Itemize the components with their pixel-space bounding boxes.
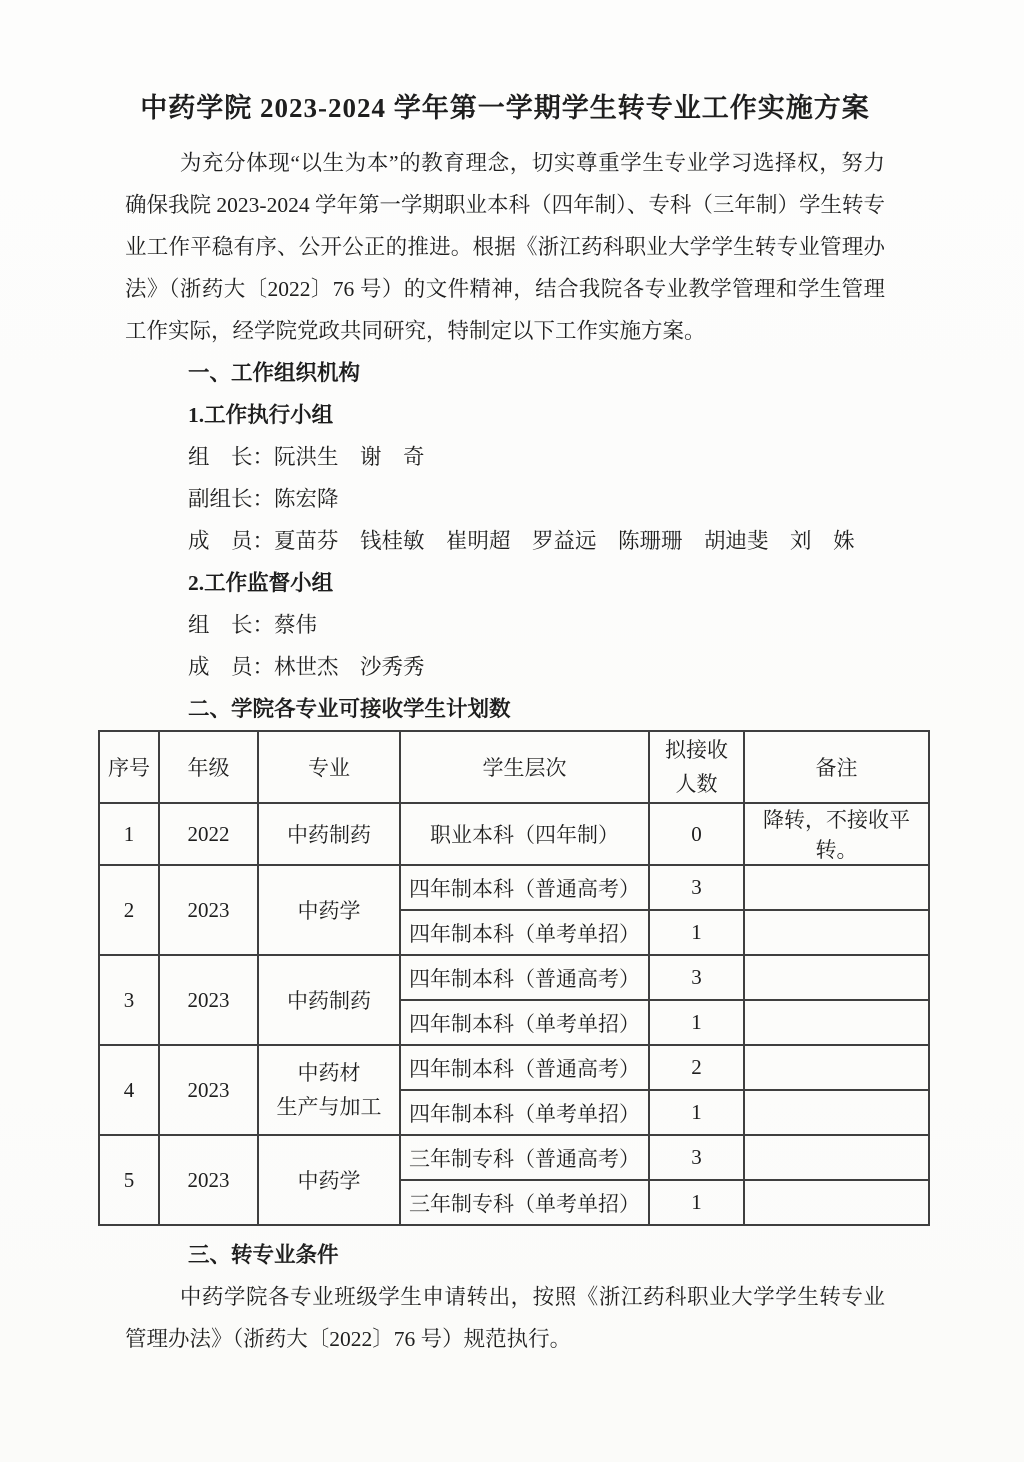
cell-level: 四年制本科（普通高考）: [400, 865, 649, 910]
cell-remark: [744, 1045, 929, 1090]
cell-count: 3: [649, 865, 744, 910]
cell-grade: 2023: [159, 1045, 258, 1135]
cell-remark: 降转，不接收平转。: [744, 803, 929, 865]
intro-paragraph: 为充分体现“以生为本”的教育理念，切实尊重学生专业学习选择权，努力确保我院 20…: [125, 142, 885, 352]
cell-count: 2: [649, 1045, 744, 1090]
cell-remark: [744, 865, 929, 910]
cell-count: 1: [649, 1000, 744, 1045]
supervision-group-members: 成 员：林世杰 沙秀秀: [125, 646, 885, 688]
header-count: 拟接收 人数: [649, 731, 744, 803]
cell-remark: [744, 955, 929, 1000]
cell-remark: [744, 1135, 929, 1180]
header-no: 序号: [99, 731, 159, 803]
cell-level: 四年制本科（普通高考）: [400, 955, 649, 1000]
cell-major: 中药学: [258, 865, 400, 955]
cell-grade: 2022: [159, 803, 258, 865]
header-remark: 备注: [744, 731, 929, 803]
table-row: 1 2022 中药制药 职业本科（四年制） 0 降转，不接收平转。: [99, 803, 929, 865]
table-header-row: 序号 年级 专业 学生层次 拟接收 人数 备注: [99, 731, 929, 803]
cell-no: 4: [99, 1045, 159, 1135]
cell-grade: 2023: [159, 865, 258, 955]
cell-remark: [744, 1180, 929, 1225]
cell-count: 3: [649, 1135, 744, 1180]
cell-no: 5: [99, 1135, 159, 1225]
table-row: 2 2023 中药学 四年制本科（普通高考） 3: [99, 865, 929, 910]
exec-group-members: 成 员：夏苗芬 钱桂敏 崔明超 罗益远 陈珊珊 胡迪斐 刘 姝: [125, 520, 885, 562]
document-title: 中药学院 2023-2024 学年第一学期学生转专业工作实施方案: [125, 88, 885, 128]
cell-major: 中药制药: [258, 955, 400, 1045]
cell-count: 1: [649, 1090, 744, 1135]
table-row: 4 2023 中药材 生产与加工 四年制本科（普通高考） 2: [99, 1045, 929, 1090]
cell-count: 3: [649, 955, 744, 1000]
cell-grade: 2023: [159, 1135, 258, 1225]
cell-count: 1: [649, 910, 744, 955]
exec-group-heading: 1.工作执行小组: [125, 394, 885, 436]
section3-heading: 三、转专业条件: [125, 1234, 885, 1276]
document-page: 中药学院 2023-2024 学年第一学期学生转专业工作实施方案 为充分体现“以…: [0, 0, 1024, 1462]
cell-no: 1: [99, 803, 159, 865]
cell-remark: [744, 1000, 929, 1045]
supervision-group-leader: 组 长：蔡伟: [125, 604, 885, 646]
supervision-group-heading: 2.工作监督小组: [125, 562, 885, 604]
header-grade: 年级: [159, 731, 258, 803]
cell-major: 中药制药: [258, 803, 400, 865]
cell-count: 0: [649, 803, 744, 865]
section1-heading: 一、工作组织机构: [125, 352, 885, 394]
table-row: 5 2023 中药学 三年制专科（普通高考） 3: [99, 1135, 929, 1180]
cell-major: 中药学: [258, 1135, 400, 1225]
table-row: 3 2023 中药制药 四年制本科（普通高考） 3: [99, 955, 929, 1000]
cell-count: 1: [649, 1180, 744, 1225]
exec-group-deputy: 副组长：陈宏降: [125, 478, 885, 520]
cell-no: 2: [99, 865, 159, 955]
cell-major: 中药材 生产与加工: [258, 1045, 400, 1135]
header-level: 学生层次: [400, 731, 649, 803]
cell-remark: [744, 910, 929, 955]
cell-level: 四年制本科（单考单招）: [400, 1000, 649, 1045]
cell-level: 三年制专科（单考单招）: [400, 1180, 649, 1225]
cell-level: 四年制本科（普通高考）: [400, 1045, 649, 1090]
header-major: 专业: [258, 731, 400, 803]
section3-paragraph: 中药学院各专业班级学生申请转出，按照《浙江药科职业大学学生转专业管理办法》（浙药…: [125, 1276, 885, 1360]
cell-remark: [744, 1090, 929, 1135]
section2-heading: 二、学院各专业可接收学生计划数: [125, 688, 885, 730]
cell-level: 四年制本科（单考单招）: [400, 1090, 649, 1135]
cell-no: 3: [99, 955, 159, 1045]
plan-table: 序号 年级 专业 学生层次 拟接收 人数 备注 1 2022 中药制药 职业本科…: [98, 730, 930, 1226]
cell-level: 职业本科（四年制）: [400, 803, 649, 865]
cell-grade: 2023: [159, 955, 258, 1045]
cell-level: 三年制专科（普通高考）: [400, 1135, 649, 1180]
exec-group-leader: 组 长：阮洪生 谢 奇: [125, 436, 885, 478]
cell-level: 四年制本科（单考单招）: [400, 910, 649, 955]
